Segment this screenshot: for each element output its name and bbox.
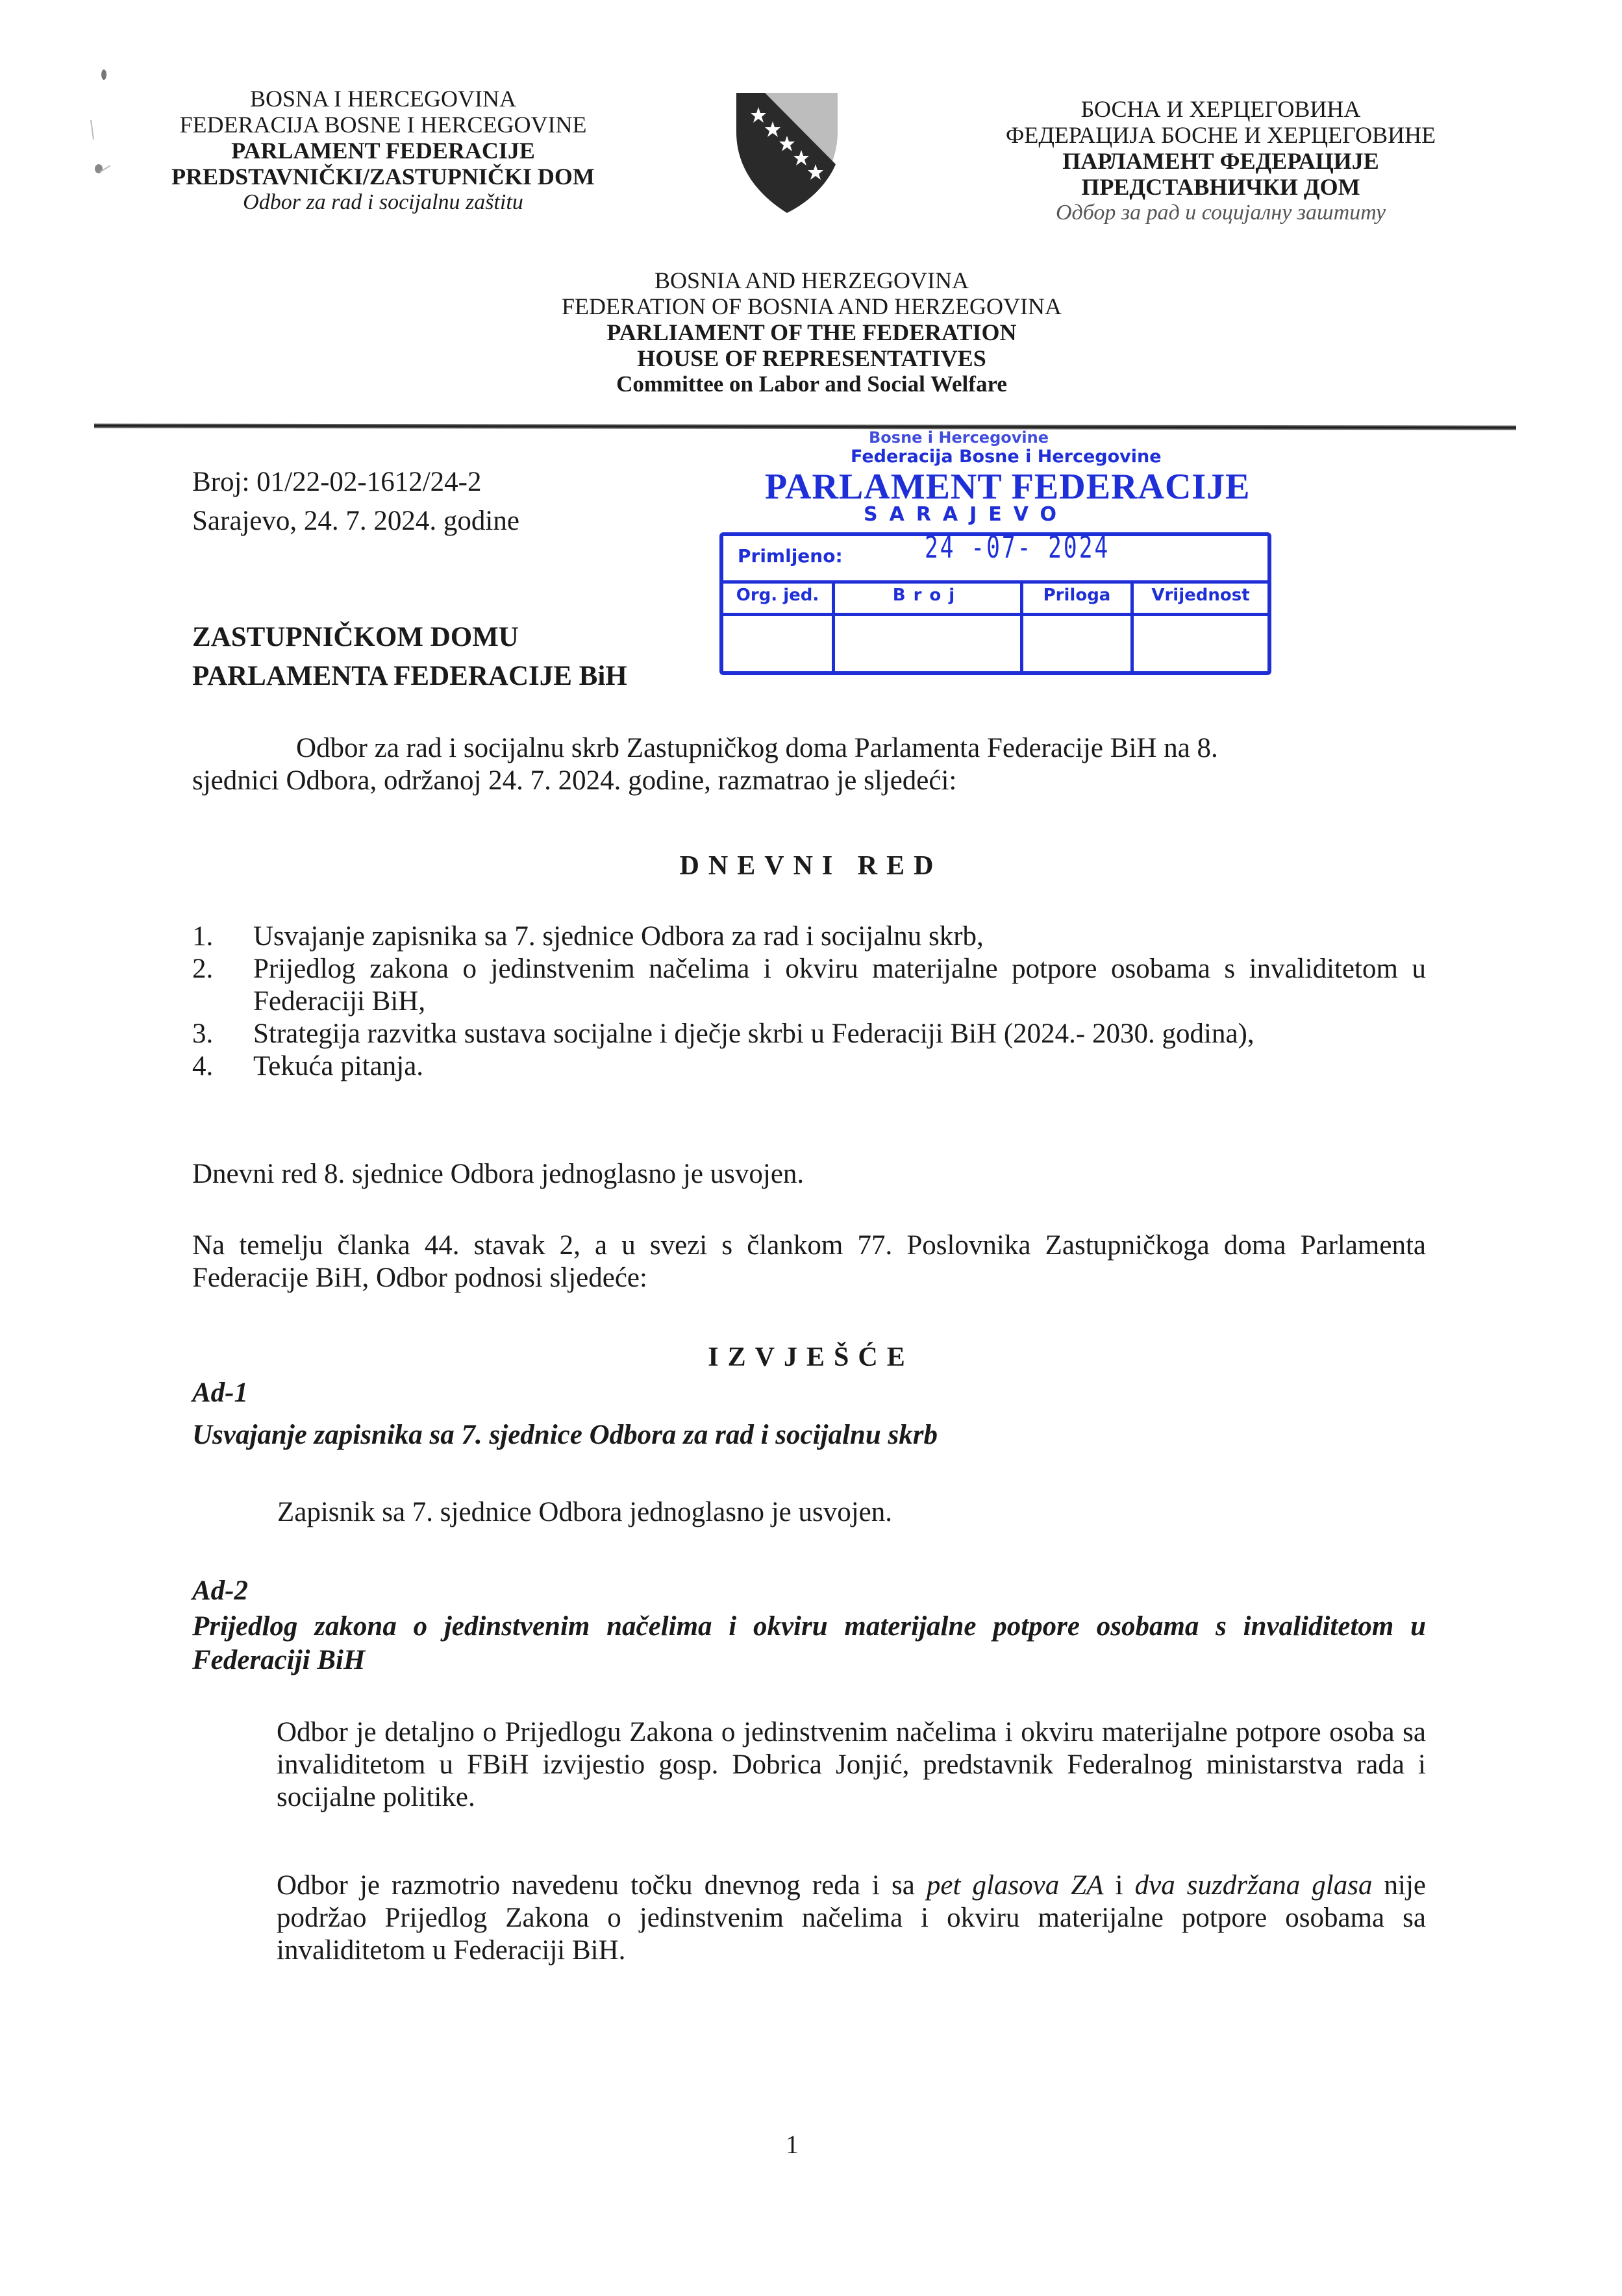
stamp-col-priloga: Priloga [1023,580,1134,673]
header-committee-cyr: Одбор за рад и социјалну заштиту [948,200,1493,226]
addressee-line1: ZASTUPNIČKOM DOMU [192,618,627,657]
agenda-item-number: 3. [192,1018,253,1050]
stamp-col-broj: Broj [835,580,1023,673]
agenda-heading: DNEVNI RED [0,850,1622,882]
ad1-title: Usvajanje zapisnika sa 7. sjednice Odbor… [192,1418,938,1452]
ad2-paragraph-2-text: Odbor je razmotrio navedenu točku dnevno… [192,1870,1426,1967]
stamp-line-city: SARAJEVO [864,503,1068,526]
header-english: BOSNIA AND HERZEGOVINA FEDERATION OF BOS… [455,267,1169,397]
agenda-item-text: Usvajanje zapisnika sa 7. sjednice Odbor… [253,920,1426,953]
votes-abstain: dva suzdržana glasa [1135,1870,1373,1901]
ad1-text: Zapisnik sa 7. sjednice Odbora jednoglas… [277,1496,892,1529]
stamp-col-label: Vrijednost [1134,586,1267,605]
agenda-item: 1. Usvajanje zapisnika sa 7. sjednice Od… [192,920,1426,953]
agenda-adopted-note: Dnevni red 8. sjednice Odbora jednoglasn… [192,1158,804,1191]
header-country: BOSNA I HERCEGOVINA [117,86,649,112]
stamp-col-vrijednost: Vrijednost [1134,580,1267,673]
agenda-item-number: 1. [192,920,253,953]
agenda-item-text: Prijedlog zakona o jedinstvenim načelima… [253,953,1426,1018]
text-run: i [1104,1870,1135,1901]
stamp-col-label: Org. jed. [723,586,832,605]
agenda-item: 3. Strategija razvitka sustava socijalne… [192,1018,1426,1050]
header-cyrillic: БОСНА И ХЕРЦЕГОВИНА ФЕДЕРАЦИЈА БОСНЕ И Х… [948,96,1493,226]
ad2-paragraph-1: Odbor je detaljno o Prijedlogu Zakona o … [192,1716,1426,1814]
ad2-paragraph-2: Odbor je razmotrio navedenu točku dnevno… [192,1870,1426,1967]
agenda-item-text: Strategija razvitka sustava socijalne i … [253,1018,1426,1050]
stamp-received-date: 24 -07- 2024 [925,530,1110,565]
addressee: ZASTUPNIČKOM DOMU PARLAMENTA FEDERACIJE … [192,618,627,696]
votes-for: pet glasova ZA [927,1870,1104,1901]
stamp-line-parliament: PARLAMENT FEDERACIJE [765,466,1251,508]
scan-artifact [84,62,110,191]
text-run: Odbor je razmotrio navedenu točku dnevno… [277,1870,927,1901]
header-federation-cyr: ФЕДЕРАЦИЈА БОСНЕ И ХЕРЦЕГОВИНЕ [948,122,1493,148]
agenda-item: 4. Tekuća pitanja. [192,1050,1426,1083]
ad2-label: Ad-2 [192,1574,248,1608]
intro-line2: sjednici Odbora, održanoj 24. 7. 2024. g… [192,765,1426,797]
header-parliament-cyr: ПАРЛАМЕНТ ФЕДЕРАЦИЈЕ [948,148,1493,174]
header-country-en: BOSNIA AND HERZEGOVINA [455,267,1169,293]
stamp-line-country: Bosne i Hercegovine [869,428,1049,447]
reference-number: Broj: 01/22-02-1612/24-2 [192,466,482,499]
header-house-en: HOUSE OF REPRESENTATIVES [455,345,1169,371]
header-divider [94,423,1516,430]
stamp-col-label: Priloga [1023,586,1130,605]
agenda-item-number: 2. [192,953,253,1018]
header-committee-en: Committee on Labor and Social Welfare [455,371,1169,397]
agenda-item-text: Tekuća pitanja. [253,1050,1426,1083]
report-heading: IZVJEŠĆE [0,1342,1622,1373]
legal-basis-paragraph: Na temelju članka 44. stavak 2, a u svez… [192,1229,1426,1294]
ad1-label: Ad-1 [192,1376,248,1410]
intro-line1: Odbor za rad i socijalnu skrb Zastupničk… [192,732,1426,765]
stamp-col-org: Org. jed. [723,580,835,673]
stamp-col-label: Broj [835,586,1020,605]
stamp-received-label: Primljeno: [738,545,843,567]
stamp-line-federation: Federacija Bosne i Hercegovine [851,447,1162,467]
page-number: 1 [786,2129,799,2160]
header-federation: FEDERACIJA BOSNE I HERCEGOVINE [117,112,649,138]
header-house: PREDSTAVNIČKI/ZASTUPNIČKI DOM [117,164,649,190]
agenda-item-number: 4. [192,1050,253,1083]
stamp-table: Primljeno: 24 -07- 2024 Org. jed. Broj P… [719,532,1271,675]
addressee-line2: PARLAMENTA FEDERACIJE BiH [192,657,627,696]
header-parliament: PARLAMENT FEDERACIJE [117,138,649,164]
header-federation-en: FEDERATION OF BOSNIA AND HERZEGOVINA [455,293,1169,319]
bih-coat-of-arms-icon [735,93,839,213]
intro-paragraph: Odbor za rad i socijalnu skrb Zastupničk… [192,732,1426,797]
header-parliament-en: PARLIAMENT OF THE FEDERATION [455,319,1169,345]
ad2-title: Prijedlog zakona o jedinstvenim načelima… [192,1610,1426,1677]
header-country-cyr: БОСНА И ХЕРЦЕГОВИНА [948,96,1493,122]
agenda-list: 1. Usvajanje zapisnika sa 7. sjednice Od… [192,920,1426,1083]
header-committee: Odbor za rad i socijalnu zaštitu [117,190,649,216]
ad2-paragraph-1-text: Odbor je detaljno o Prijedlogu Zakona o … [192,1716,1426,1814]
agenda-item: 2. Prijedlog zakona o jedinstvenim načel… [192,953,1426,1018]
header-house-cyr: ПРЕДСТАВНИЧКИ ДОМ [948,174,1493,200]
header-latin: BOSNA I HERCEGOVINA FEDERACIJA BOSNE I H… [117,86,649,216]
document-date: Sarajevo, 24. 7. 2024. godine [192,505,519,537]
